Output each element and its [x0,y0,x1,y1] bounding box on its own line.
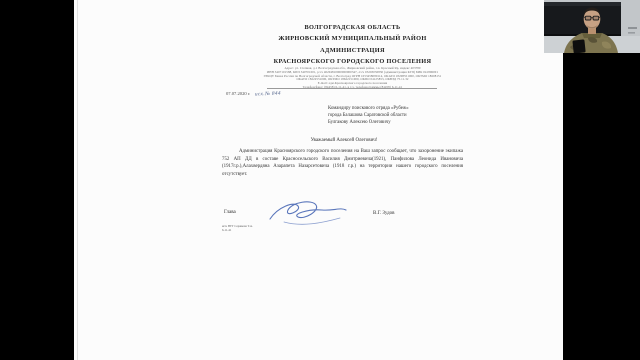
recipient-line: города Балашова Саратовской области [328,113,409,120]
webcam-video-frame [544,0,640,53]
date-line: 07.07.2020 г.исх.№ 844 [226,91,281,97]
letterhead-line: АДМИНИСТРАЦИЯ [108,45,597,56]
executor-note: исп. ВУГ Сержкова Т.А.6-11-41 [222,225,253,233]
executor-line: 6-11-41 [222,229,253,233]
letter-page: ВОЛГОГРАДСКАЯ ОБЛАСТЬЖИРНОВСКИЙ МУНИЦИПА… [74,0,563,360]
letterhead-line: ВОЛГОГРАДСКАЯ ОБЛАСТЬ [108,22,597,33]
handwritten-signature [262,197,354,233]
outgoing-number-handwritten: исх.№ 844 [255,91,281,98]
recipient-block: Командиру поискового отряда «Рубеж»город… [328,106,409,127]
letterhead-address-block: Адрес: ул. Степная, д.1 Волгоградская об… [108,67,597,90]
letterhead-line: ЖИРНОВСКИЙ МУНИЦИПАЛЬНЫЙ РАЙОН [108,33,597,44]
webcam-overlay [544,0,640,53]
signer-title: Глава [224,210,236,215]
date-printed: 07.07.2020 г. [226,91,250,96]
letter-body: Администрация Красноярского городского п… [222,148,463,179]
letterhead-divider [267,88,437,89]
tv-screen [544,2,621,36]
microphone-object [572,39,585,53]
letterhead: ВОЛГОГРАДСКАЯ ОБЛАСТЬЖИРНОВСКИЙ МУНИЦИПА… [108,22,597,67]
page-scan-edge [77,0,78,360]
recipient-line: Командиру поискового отряда «Рубеж» [328,106,409,113]
signer-name: В.Г. Зудов [373,211,395,216]
recipient-line: Булгакову Алексею Олеговичу [328,120,409,127]
salutation: Уважаемый Алексей Олегович! [224,138,464,143]
